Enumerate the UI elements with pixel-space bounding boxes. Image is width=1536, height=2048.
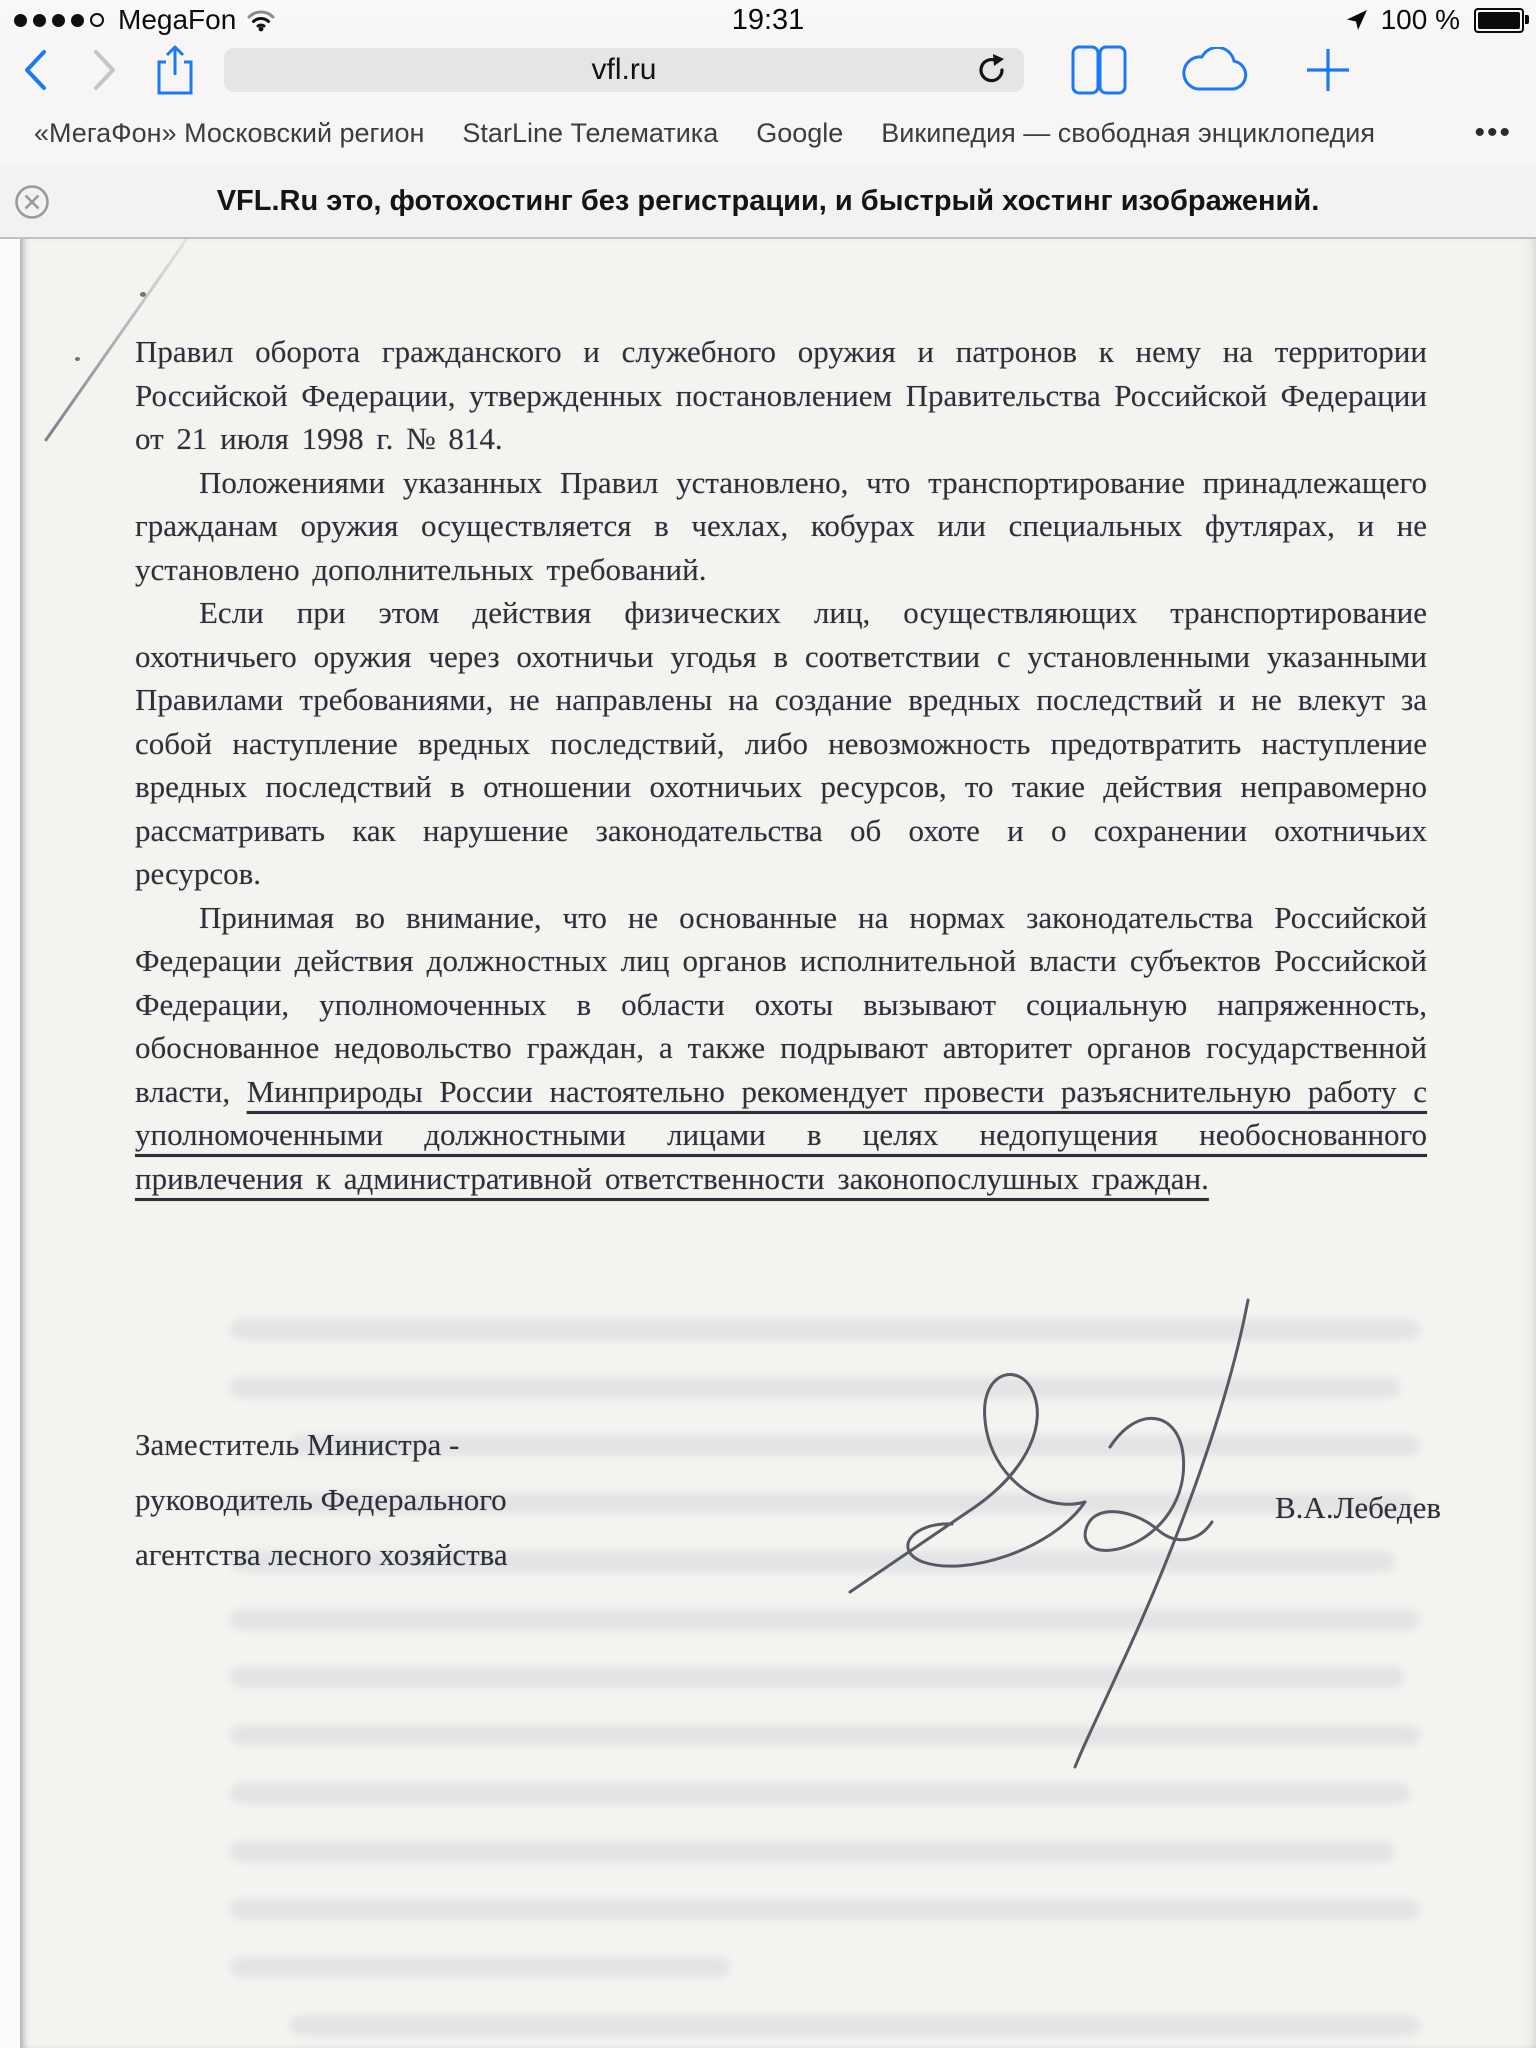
paragraph: Если при этом действия физических лиц, о… (135, 591, 1427, 896)
banner-message: VFL.Ru это, фотохостинг без регистрации,… (0, 185, 1536, 218)
reload-icon[interactable] (974, 52, 1010, 88)
forward-button[interactable] (70, 49, 140, 91)
status-bar: MegaFon 19:31 100 % (0, 0, 1536, 40)
bookmark-google[interactable]: Google (756, 118, 843, 149)
paragraph: Положениями указанных Правил установлено… (135, 461, 1427, 592)
bookmark-starline[interactable]: StarLine Телематика (462, 118, 718, 149)
battery-icon (1474, 8, 1524, 33)
signoff-title-line: Заместитель Министра - (135, 1417, 508, 1472)
url-text: vfl.ru (591, 53, 656, 87)
signoff-title-line: руководитель Федерального (135, 1472, 508, 1527)
url-bar[interactable]: vfl.ru (224, 48, 1024, 92)
back-button[interactable] (0, 49, 70, 91)
vfl-banner: VFL.Ru это, фотохостинг без регистрации,… (0, 166, 1536, 239)
signoff-title-line: агентства лесного хозяйства (135, 1527, 508, 1582)
new-tab-icon[interactable] (1304, 46, 1352, 94)
battery-percent-label: 100 % (1381, 4, 1460, 36)
bookmarks-overflow-icon[interactable]: ••• (1474, 116, 1512, 150)
signer-name: В.А.Лебедев (1275, 1490, 1441, 1526)
bookmark-wikipedia[interactable]: Википедия — свободная энциклопедия (881, 118, 1375, 149)
document-body-text: Правил оборота гражданского и служебного… (135, 330, 1427, 1200)
bookmark-megafon[interactable]: «МегаФон» Московский регион (34, 118, 424, 149)
icloud-tabs-icon[interactable] (1182, 47, 1250, 93)
clock: 19:31 (0, 4, 1536, 37)
document-scan: Правил оборота гражданского и служебного… (0, 237, 1536, 2048)
location-arrow-icon (1345, 8, 1369, 32)
document-paper: Правил оборота гражданского и служебного… (20, 237, 1536, 2048)
bookmarks-bar: «МегаФон» Московский регион StarLine Тел… (0, 100, 1536, 166)
share-icon[interactable] (140, 44, 210, 96)
underlined-passage: Минприроды России настоятельно рекоменду… (135, 1074, 1427, 1196)
signature (780, 1272, 1290, 1782)
close-icon[interactable] (14, 184, 50, 220)
paragraph: Правил оборота гражданского и служебного… (135, 330, 1427, 461)
signoff-block: Заместитель Министра - руководитель Феде… (135, 1417, 508, 1582)
paragraph: Принимая во внимание, что не основанные … (135, 896, 1427, 1201)
bookmarks-icon[interactable] (1070, 44, 1128, 96)
browser-toolbar: vfl.ru (0, 40, 1536, 100)
